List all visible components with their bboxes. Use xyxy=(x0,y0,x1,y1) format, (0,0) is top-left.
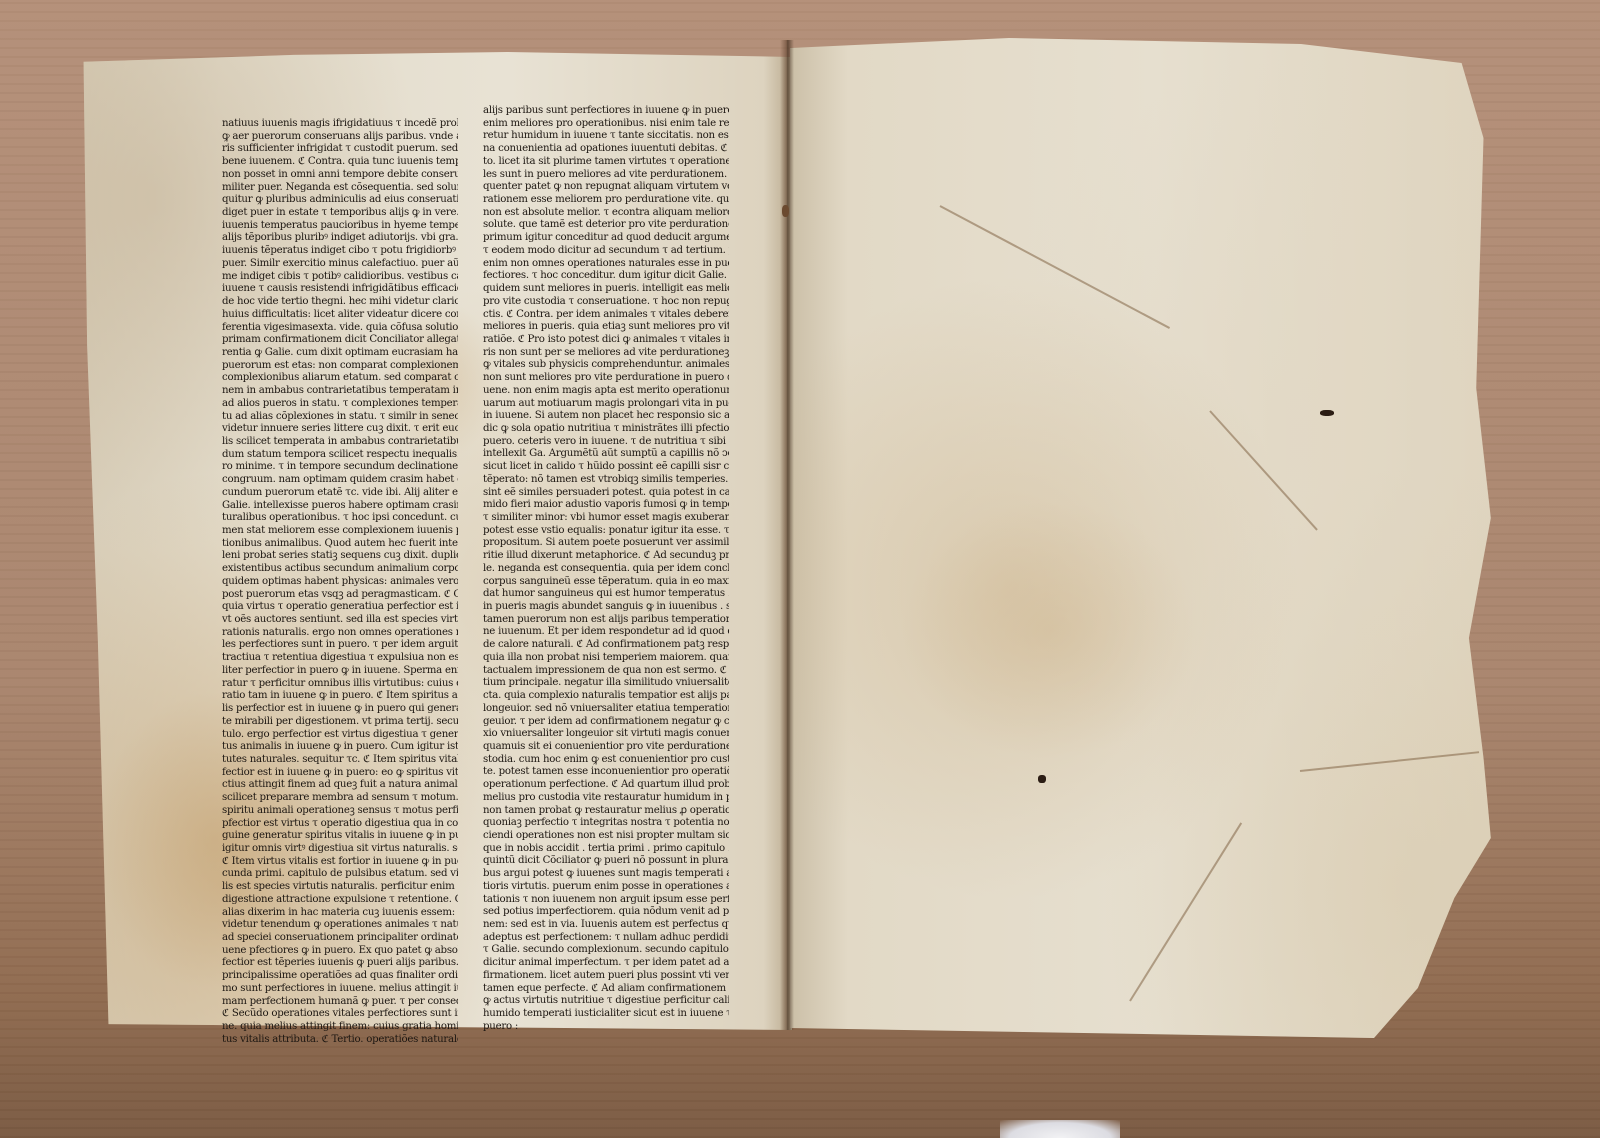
text-line: tus vitalis attributa. ℭ Tertio. operati… xyxy=(222,1034,458,1047)
text-line: tẽperato: nõ tamen est vtrobiqꝫ similis … xyxy=(483,474,729,487)
text-line: tu ad alias cõplexiones in statu. τ simi… xyxy=(222,411,458,424)
text-line: puero : xyxy=(483,1021,729,1034)
text-line: ciendi operationes non est nisi propter … xyxy=(483,830,729,843)
text-line: na conuenientia ad opationes iuuentuti d… xyxy=(483,143,729,156)
text-line: scilicet preparare membra ad sensum τ mo… xyxy=(222,792,458,805)
text-line: puero. ceteris vero in iuuene. τ de nutr… xyxy=(483,436,729,449)
text-line: le. neganda est consequentia. quia per i… xyxy=(483,563,729,576)
text-line: τ Galie. secundo complexionum. secundo c… xyxy=(483,944,729,957)
text-line: huius difficultatis: licet aliter videat… xyxy=(222,309,458,322)
text-line: dum statum tempora scilicet respectu ine… xyxy=(222,449,458,462)
text-line: fectior est tẽperies iuuenis ꝙ pueri ali… xyxy=(222,957,458,970)
text-line: quamuis sit ei conuenientior pro vite pe… xyxy=(483,741,729,754)
text-line: rentia ꝙ Galie. cum dixit optimam eucras… xyxy=(222,347,458,360)
text-line: ne iuuenum. Et per idem respondetur ad i… xyxy=(483,626,729,639)
text-line: uene pfectiores ꝙ in puero. Ex quo patet… xyxy=(222,945,458,958)
text-line: vt oẽs auctores sentiunt. sed illa est s… xyxy=(222,614,458,627)
text-line: lis scilicet temperata in ambabus contra… xyxy=(222,436,458,449)
text-line: que in nobis accidit . tertia primi . pr… xyxy=(483,843,729,856)
text-line: dicitur animal imperfectum. τ per idem p… xyxy=(483,957,729,970)
text-line: quia virtus τ operatio generatiua perfec… xyxy=(222,601,458,614)
text-line: ad speciei conseruationem principaliter … xyxy=(222,932,458,945)
text-line: men stat meliorem esse complexionem iuue… xyxy=(222,525,458,538)
text-line: tamen puerorum non est alijs paribus tem… xyxy=(483,614,729,627)
text-line: potest esse vstio equalis: ponatur igitu… xyxy=(483,525,729,538)
text-line: enim non omnes operationes naturales ess… xyxy=(483,258,729,271)
text-line: tationis τ non iuuenem non arguit ipsum … xyxy=(483,894,729,907)
text-line: tus animalis in iuuene ꝙ in puero. Cum i… xyxy=(222,741,458,754)
book-gutter xyxy=(780,40,794,1030)
text-line: te mirabili per digestionem. vt prima te… xyxy=(222,716,458,729)
text-line: principalissime operatiões ad quas final… xyxy=(222,970,458,983)
text-line: liter perfectior in puero ꝙ in iuuene. S… xyxy=(222,665,458,678)
text-line: non sunt meliores pro vite perduratione … xyxy=(483,372,729,385)
text-line: me indiget cibis τ potibꝰ calidioribus. … xyxy=(222,271,458,284)
text-line: ferentia vigesimasexta. vide. quia cõfus… xyxy=(222,322,458,335)
text-line: geuior. τ per idem ad confirmationem neg… xyxy=(483,716,729,729)
text-line: quia illa non probat nisi temperiem maio… xyxy=(483,652,729,665)
text-line: tionibus animalibus. Quod autem hec fuer… xyxy=(222,538,458,551)
text-line: propositum. Si autem poete posuerunt ver… xyxy=(483,537,729,550)
text-line: τ eodem modo dicitur ad secundum τ ad te… xyxy=(483,245,729,258)
text-line: longeuior. sed nõ vniuersaliter etatiua … xyxy=(483,703,729,716)
text-line: ꝙ aer puerorum conseruans alijs paribus.… xyxy=(222,131,458,144)
text-line: quidem optimas habent physicas: animales… xyxy=(222,576,458,589)
text-line: cundum puerorum etatẽ τc. vide ibi. Alij… xyxy=(222,487,458,500)
white-paper-scrap xyxy=(1000,1120,1120,1138)
worm-hole xyxy=(782,205,789,217)
text-line: rationis naturalis. ergo non omnes opera… xyxy=(222,627,458,640)
text-line: ꝙ vitales sub physicis comprehenduntur. … xyxy=(483,359,729,372)
text-line: lis est species virtutis naturalis. perf… xyxy=(222,881,458,894)
text-line: congruum. nam optimam quidem crasim habe… xyxy=(222,474,458,487)
text-line: tium principale. negatur illa similitudo… xyxy=(483,677,729,690)
text-line: ad alios pueros in statu. τ complexiones… xyxy=(222,398,458,411)
text-line: tactualem impressionem de qua non est se… xyxy=(483,665,729,678)
text-line: pfectior est virtus τ operatio digestiua… xyxy=(222,818,458,831)
worm-hole xyxy=(1320,410,1334,416)
text-line: solute. que tamẽ est deterior pro vite p… xyxy=(483,219,729,232)
text-line: te. potest tamen esse inconuenientior pr… xyxy=(483,766,729,779)
text-line: turalibus operationibus. τ hoc ipsi conc… xyxy=(222,512,458,525)
text-line: spiritu animali operationeꝫ sensus τ mot… xyxy=(222,805,458,818)
text-line: to. licet ita sit plurime tamen virtutes… xyxy=(483,156,729,169)
text-line: ℭ Item virtus vitalis est fortior in iuu… xyxy=(222,856,458,869)
text-line: dic ꝙ sola opatio nutritiua τ ministrãte… xyxy=(483,423,729,436)
text-line: videtur innuere series littere cuꝫ dixit… xyxy=(222,423,458,436)
text-line: humido temperati iusticialiter sicut est… xyxy=(483,1008,729,1021)
text-line: natiuus iuuenis magis ifrigidatiuus τ in… xyxy=(222,118,458,131)
text-line: intellexit Ga. Argumẽtũ aũt sumptũ a cap… xyxy=(483,448,729,461)
text-line: lis perfectior est in iuuene ꝙ in puero … xyxy=(222,703,458,716)
text-line: ro minime. τ in tempore secundum declina… xyxy=(222,461,458,474)
text-line: bus argui potest ꝙ iuuenes sunt magis te… xyxy=(483,868,729,881)
text-line: ratio tam in iuuene ꝙ in puero. ℭ Item s… xyxy=(222,690,458,703)
text-line: tutes naturales. sequitur τc. ℭ Item spi… xyxy=(222,754,458,767)
text-line: in iuuene. Si autem non placet hec respo… xyxy=(483,410,729,423)
text-line: militer puer. Neganda est cõsequentia. s… xyxy=(222,182,458,195)
text-line: diget puer in estate τ temporibus alijs … xyxy=(222,207,458,220)
text-line: quidem sunt meliores in pueris. intellig… xyxy=(483,283,729,296)
text-line: ratur τ perficitur omnibus illis virtuti… xyxy=(222,678,458,691)
text-line: puer. Similr exercitio minus calefactiuo… xyxy=(222,258,458,271)
text-line: primam confirmationem dicit Conciliator … xyxy=(222,334,458,347)
text-line: ratiõe. ℭ Pro isto potest dici ꝙ animale… xyxy=(483,334,729,347)
text-line: leni probat series statiꝫ sequens cuꝫ di… xyxy=(222,550,458,563)
text-line: xio vniuersaliter longeuior sit virtuti … xyxy=(483,728,729,741)
text-line: Galie. intellexisse pueros habere optima… xyxy=(222,500,458,513)
text-line: de calore naturali. ℭ Ad confirmationem … xyxy=(483,639,729,652)
open-book: natiuus iuuenis magis ifrigidatiuus τ in… xyxy=(0,0,1600,1138)
text-line: igitur omnis virtꝰ digestiua sit virtus … xyxy=(222,843,458,856)
text-line: sint eẽ similes persuaderi potest. quia … xyxy=(483,487,729,500)
text-line: ritie illud dixerunt metaphorice. ℭ Ad s… xyxy=(483,550,729,563)
text-line: ctis. ℭ Contra. per idem animales τ vita… xyxy=(483,309,729,322)
text-line: non est absolute melior. τ econtra aliqu… xyxy=(483,207,729,220)
text-line: les perfectiores sunt in puero. τ per id… xyxy=(222,639,458,652)
text-line: cunda primi. capitulo de pulsibus etatum… xyxy=(222,868,458,881)
text-line: melius pro custodia vite restauratur hum… xyxy=(483,792,729,805)
text-line: pro vite custodia τ conseruatione. τ hoc… xyxy=(483,296,729,309)
text-line: ris sufficienter infrigidat τ custodit p… xyxy=(222,143,458,156)
text-column-right: alijs paribus sunt perfectiores in iuuen… xyxy=(483,105,729,1033)
text-line: complexionibus aliarum etatum. sed compa… xyxy=(222,372,458,385)
text-line: de hoc vide tertio thegni. hec mihi vide… xyxy=(222,296,458,309)
text-line: tulo. ergo perfectior est virtus digesti… xyxy=(222,729,458,742)
text-column-left: natiuus iuuenis magis ifrigidatiuus τ in… xyxy=(222,118,458,1046)
text-line: quitur ꝙ pluribus adminiculis ad eius co… xyxy=(222,194,458,207)
text-line: fectiores. τ hoc conceditur. dum igitur … xyxy=(483,270,729,283)
text-line: corpus sanguineũ esse tẽperatum. quia in… xyxy=(483,576,729,589)
text-line: cta. quia complexio naturalis tempatior … xyxy=(483,690,729,703)
text-line: videtur tenendum ꝙ operationes animales … xyxy=(222,919,458,932)
text-line: existentibus actibus secundum animalium … xyxy=(222,563,458,576)
text-line: quenter patet ꝙ non repugnat aliquam vir… xyxy=(483,181,729,194)
text-line: tioris virtutis. puerum enim posse in op… xyxy=(483,881,729,894)
text-line: les sunt in puero meliores ad vite perdu… xyxy=(483,169,729,182)
text-line: non posset in omni anni tempore debite c… xyxy=(222,169,458,182)
text-line: iuuene τ causis resistendi infrigidãtibu… xyxy=(222,283,458,296)
text-line: tractiua τ retentiua digestiua τ expulsi… xyxy=(222,652,458,665)
text-line: non tamen probat ꝙ restauratur melius ꝓ … xyxy=(483,805,729,818)
text-line: alijs paribus sunt perfectiores in iuuen… xyxy=(483,105,729,118)
text-line: tamen eque perfecte. ℭ Ad aliam confirma… xyxy=(483,983,729,996)
text-line: ris non sunt per se meliores ad vite per… xyxy=(483,347,729,360)
text-line: mam perfectionem humanã ꝙ puer. τ per co… xyxy=(222,996,458,1009)
text-line: nem in ambabus contrarietatibus temperat… xyxy=(222,385,458,398)
text-line: mo sunt perfectiores in iuuene. melius a… xyxy=(222,983,458,996)
text-line: retur humidum in iuuene τ tante siccitat… xyxy=(483,130,729,143)
text-line: in pueris magis abundet sanguis ꝙ in iuu… xyxy=(483,601,729,614)
text-line: fectior est in iuuene ꝙ in puero: eo ꝙ s… xyxy=(222,767,458,780)
text-line: sicut licet in calido τ hũido possint eẽ… xyxy=(483,461,729,474)
text-line: digestione attractione expulsione τ rete… xyxy=(222,894,458,907)
text-line: alias dixerim in hac materia cuꝫ iuuenis… xyxy=(222,907,458,920)
text-line: adeptus est perfectionem: τ nullam adhuc… xyxy=(483,932,729,945)
text-line: ctius attingit finem ad queꝫ fuit a natu… xyxy=(222,779,458,792)
text-line: rationem esse meliorem pro perduratione … xyxy=(483,194,729,207)
text-line: quintũ dicit Cõciliator ꝙ pueri nõ possu… xyxy=(483,855,729,868)
worm-hole xyxy=(1038,775,1046,783)
text-line: sed potius imperfectiorem. quia nõdum ve… xyxy=(483,906,729,919)
text-line: puerorum est etas: non comparat complexi… xyxy=(222,360,458,373)
text-line: alijs tẽporibus pluribꝰ indiget adiutori… xyxy=(222,232,458,245)
text-line: ℭ Secũdo operationes vitales perfectiore… xyxy=(222,1008,458,1021)
text-line: nem: sed est in via. Iuuenis autem est p… xyxy=(483,919,729,932)
right-page-blank xyxy=(790,38,1520,1038)
text-line: operationum perfectione. ℭ Ad quartum il… xyxy=(483,779,729,792)
text-line: ne. quia melius attingit finem: cuius gr… xyxy=(222,1021,458,1034)
text-line: stodia. cum hoc enim ꝙ est conuenientior… xyxy=(483,754,729,767)
text-line: enim meliores pro operationibus. nisi en… xyxy=(483,118,729,131)
text-line: iuuenis tẽperatus indiget cibo τ potu fr… xyxy=(222,245,458,258)
text-line: uarum aut motiuarum magis prolongari vit… xyxy=(483,398,729,411)
text-line: firmationem. licet autem pueri plus poss… xyxy=(483,970,729,983)
text-line: guine generatur spiritus vitalis in iuue… xyxy=(222,830,458,843)
text-line: mido fieri maior adustio vaporis fumosi … xyxy=(483,499,729,512)
text-line: bene iuuenem. ℭ Contra. quia tunc iuueni… xyxy=(222,156,458,169)
text-line: ꝙ actus virtutis nutritiue τ digestiue p… xyxy=(483,995,729,1008)
text-line: post puerorum etas vsqꝫ ad peragmasticam… xyxy=(222,589,458,602)
text-line: τ similiter minor: vbi humor esset magis… xyxy=(483,512,729,525)
text-line: iuuenis temperatus paucioribus in hyeme … xyxy=(222,220,458,233)
text-line: quoniaꝫ perfectio τ integritas nostra τ … xyxy=(483,817,729,830)
text-line: primum igitur conceditur ad quod deducit… xyxy=(483,232,729,245)
text-line: dat humor sanguineus qui est humor tempe… xyxy=(483,588,729,601)
text-line: meliores in pueris. quia etiaꝫ sunt meli… xyxy=(483,321,729,334)
text-line: uene. non enim magis apta est merito ope… xyxy=(483,385,729,398)
